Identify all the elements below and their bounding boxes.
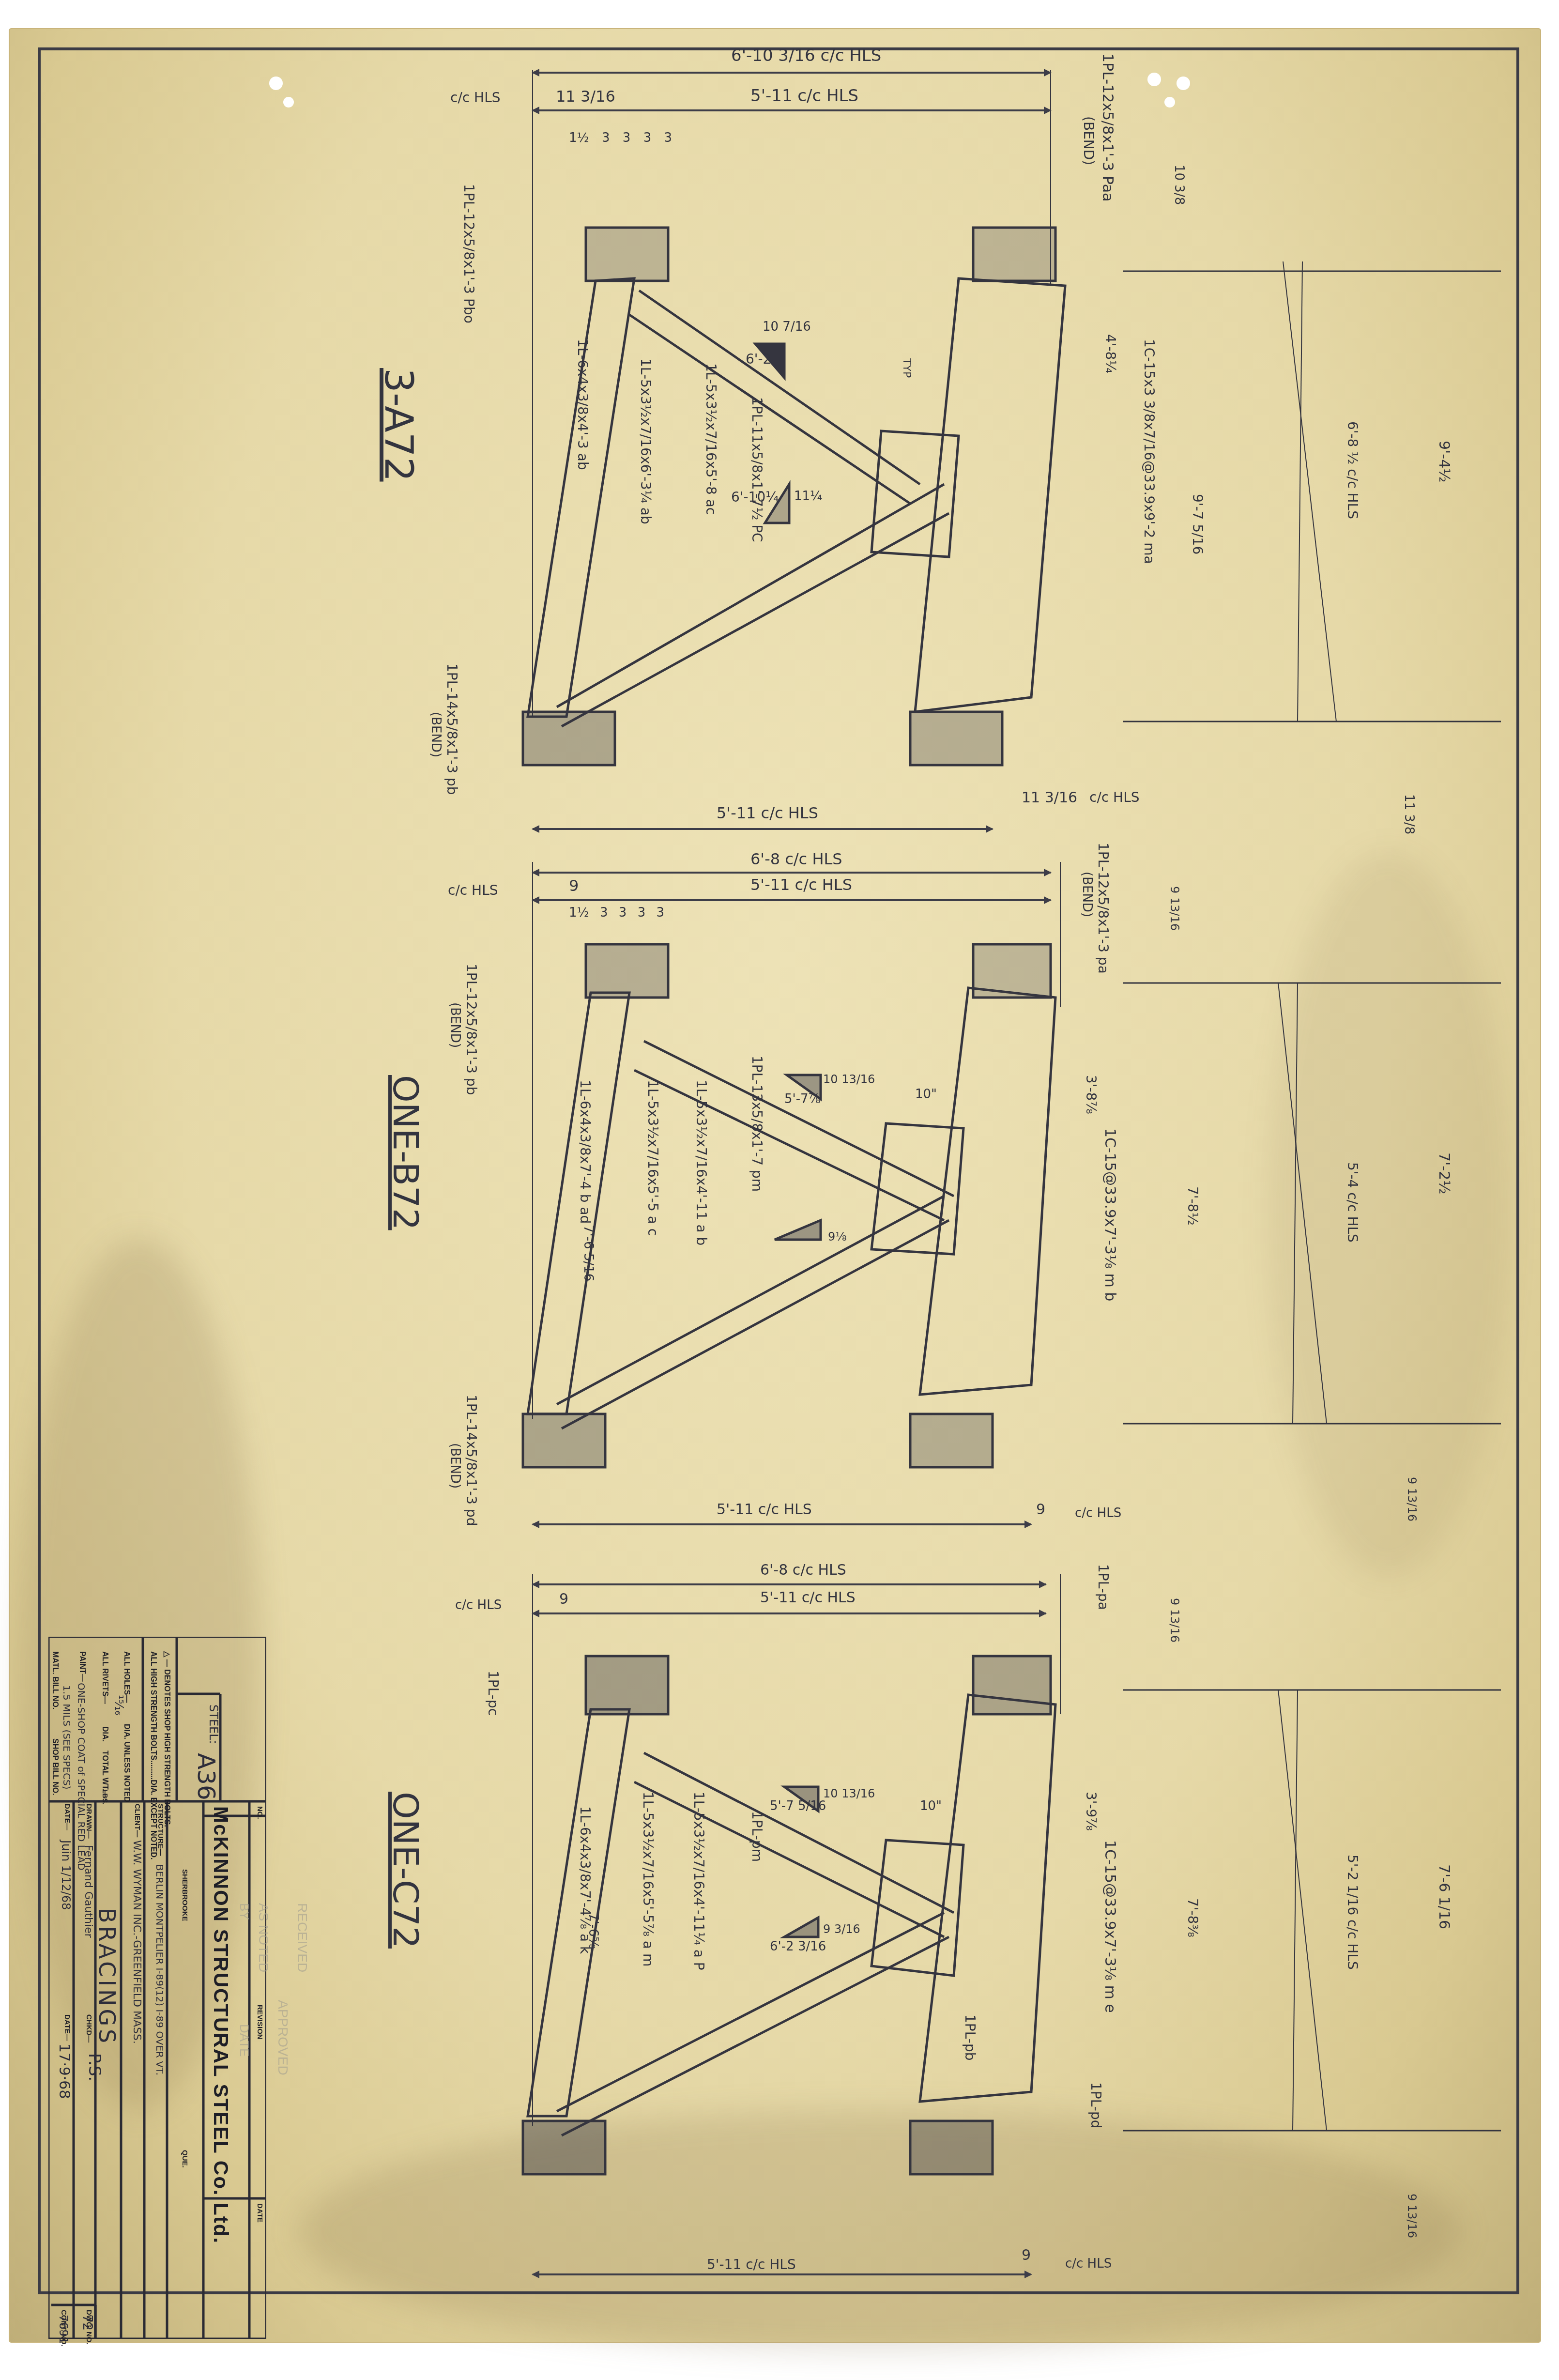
bolt-space: 3: [643, 131, 652, 145]
left-plate-callout: 1PL-pc: [485, 1671, 501, 1716]
slope-value: 10 13/16: [823, 1787, 875, 1800]
revision-no-label: NO.: [256, 1806, 264, 1819]
shop-bill-label: SHOP BILL NO.: [50, 1738, 59, 1796]
bottom-dimension: 5'-11 c/c HLS: [717, 804, 818, 822]
inner-dimension: 5'-11 c/c HLS: [750, 86, 858, 106]
edge-dimension: 11 3/16: [556, 87, 615, 106]
top-plate-bend: (BEND): [1080, 872, 1094, 917]
side-dimension: 5'-4 c/c HLS: [1345, 1162, 1360, 1243]
overall-dimension: 6'-8 c/c HLS: [750, 850, 842, 868]
side-total: 9'-4½: [1436, 441, 1452, 482]
gusset-dimension: 10": [920, 1799, 942, 1813]
material-bill-label: MATL. BILL NO.: [50, 1651, 59, 1709]
structure-label: STRUCTURE—: [156, 1804, 165, 1856]
chord-callout: 1L-6x4x3/8x7'-4 b ad: [577, 1080, 593, 1224]
panel-b-inner-dim-line: [533, 899, 1051, 901]
bolt-space: 3: [623, 131, 631, 145]
diagonal-length: 6'-2 3/16: [770, 1939, 826, 1954]
legend-shop-bolts: △ — DENOTES SHOP HIGH STRENGTH BOLTS.: [162, 1651, 172, 1827]
client-value: W.W. WYMAN INC.-GREENFIELD MASS.: [131, 1840, 143, 2044]
stamp-as-noted: AS NOTED: [256, 1903, 271, 1972]
contract-number: 7691: [57, 2315, 70, 2344]
client-label: CLIENT—: [133, 1804, 141, 1837]
panel-mark: ONE-B72: [385, 1075, 426, 1230]
revision-label: REVISION: [256, 2005, 264, 2040]
top-plate-callout: 1PL-12x5/8x1'-3 pa: [1095, 843, 1111, 974]
slope-value: 10 7/16: [763, 320, 811, 334]
side-slope-bottom: 11 3/8: [1402, 794, 1416, 834]
depth-dimension: 3'-8⅞: [1083, 1075, 1099, 1114]
left-plate-bend: (BEND): [448, 1002, 462, 1048]
gusset-dimension: 10": [915, 1087, 937, 1102]
bottom-edge-dim: 9: [1036, 1501, 1045, 1518]
stamp-approved: APPROVED: [275, 2000, 290, 2075]
mid-plate-callout: 1PL-pb: [962, 2014, 978, 2060]
channel-callout: 1C-15@33.9x7'-3⅛ m e: [1101, 1840, 1118, 2013]
stamp-by: BY: [237, 1903, 252, 1920]
company-city: SHERBROOKE: [181, 1869, 189, 1921]
depth-dimension: 4'-8¼: [1102, 334, 1118, 373]
bolt-space: 3: [602, 131, 610, 145]
stamp-date: DATE: [237, 2024, 252, 2057]
drawn-label: DRAWN—: [85, 1804, 93, 1839]
gusset-callout: 1PL-13x5/8x1'-7 pm: [749, 1056, 765, 1192]
bolt-space: 1½: [569, 906, 589, 920]
member-length: 7'-8½: [1185, 1186, 1201, 1226]
inner-dimension: 5'-11 c/c HLS: [750, 875, 852, 894]
date-2-value: 17·9·68: [56, 2043, 73, 2099]
side-dimension: 5'-2 1/16 c/c HLS: [1345, 1855, 1360, 1970]
member-length: 7'-8⅜: [1185, 1898, 1201, 1937]
top-plate-callout: 1PL-12x5/8x1'-3 Paa: [1099, 53, 1116, 201]
stamp-received: RECEIVED: [294, 1903, 310, 1972]
edge-dimension: 9: [559, 1591, 568, 1608]
left-hls-label: c/c HLS: [448, 882, 498, 898]
top-plate-bend: (BEND): [1081, 116, 1097, 165]
side-slope-bottom: 9 13/16: [1405, 2194, 1419, 2238]
date-label: DATE—: [63, 1804, 71, 1830]
bottom-plate-callout: 1PL-14x5/8x1'-3 pd: [463, 1395, 479, 1526]
slope-value: 11¼: [794, 489, 822, 504]
side-slope-top: 9 13/16: [1168, 1598, 1181, 1643]
slope-value: 10 13/16: [823, 1073, 875, 1086]
slope-value: 9 3/16: [823, 1922, 860, 1936]
panel-mark: ONE-C72: [385, 1792, 426, 1949]
diagonal-1-callout: 1L-5x3½x7/16x5'-5 a c: [645, 1080, 661, 1236]
gusset-callout: 1PL-11x5/8x1'-7½ PC: [749, 397, 765, 542]
weld-note: TYP: [901, 358, 913, 378]
diagonal-2-callout: 1L-5x3½x7/16x5'-8 ac: [703, 363, 719, 515]
side-total: 7'-6 1/16: [1436, 1864, 1452, 1929]
checked-label: CHKD—: [85, 2014, 93, 2042]
diagonal-length: 6'-10¼: [731, 489, 779, 505]
slope-value: 9⅛: [828, 1230, 847, 1244]
bottom-hls: c/c HLS: [1065, 2257, 1112, 2271]
drawn-by: Fernand Gauthier: [82, 1845, 94, 1938]
structure-value: BERLIN MONTPELIER I-89(12) I-89 OVER VT.: [154, 1864, 166, 2075]
left-plate-callout: 1PL-12x5/8x1'-3 pb: [463, 964, 479, 1095]
overall-dimension: 6'-10 3/16 c/c HLS: [731, 46, 881, 65]
bolt-spacing: 1½ 3 3 3 3: [569, 906, 664, 920]
paint-label: PAINT—: [77, 1651, 86, 1682]
panel-a-bottom-dim-line: [533, 828, 993, 830]
panel-a-inner-dim-line: [533, 109, 1051, 111]
diagonal-1-callout: 1L-5x3½x7/16x6'-3¼ ab: [638, 358, 654, 524]
title-block: △ — DENOTES SHOP HIGH STRENGTH BOLTS. AL…: [48, 1637, 266, 2339]
bolt-spacing: 1½ 3 3 3 3: [569, 131, 672, 145]
company-name: McKINNON STRUCTURAL STEEL Co. Ltd.: [209, 1806, 232, 2244]
company-province: QUE.: [181, 2150, 189, 2168]
steel-grade: A36: [192, 1753, 220, 1800]
date-2-label: DATE—: [63, 2014, 71, 2041]
bottom-plate-callout: 1PL-14x5/8x1'-3 pb: [444, 663, 460, 795]
diagonal-length: 7'-6 5/16: [581, 1225, 596, 1281]
panel-mark: 3-A72: [376, 368, 421, 482]
panel-b-overall-dim-line: [533, 872, 1051, 874]
date-value: Juin 1/12/68: [59, 1840, 73, 1910]
panel-c-overall-dim-line: [533, 1583, 1046, 1585]
inner-dimension: 5'-11 c/c HLS: [760, 1589, 856, 1606]
diagonal-2-callout: 1L-5x3½x7/16x4'-11 a b: [693, 1080, 709, 1245]
gusset-callout: 1PL-pm: [749, 1811, 765, 1862]
total-weight-unit: LBS.: [101, 1789, 109, 1805]
panel-c-inner-dim-line: [533, 1612, 1046, 1614]
member-length: 9'-7 5/16: [1190, 494, 1206, 554]
bolt-space: 1½: [569, 131, 589, 145]
depth-dimension: 3'-9⅞: [1083, 1792, 1099, 1831]
all-rivets-suffix: DIA.: [100, 1726, 109, 1742]
revision-date-label: DATE: [256, 2203, 264, 2223]
panel-b-bottom-dim-line: [533, 1523, 1031, 1525]
drawing-title: BRACINGS: [94, 1908, 120, 2046]
all-holes-suffix: DIA. UNLESS NOTED: [122, 1724, 131, 1802]
paint-note: 1.5 MILS (SEE SPECS): [61, 1685, 73, 1790]
side-slope-top: 9 13/16: [1168, 886, 1181, 931]
bolt-space: 3: [600, 906, 608, 920]
drawing-subtitle: P.S.: [85, 2053, 104, 2081]
panel-a-lines: [523, 70, 1501, 765]
chord-callout: 1L-6x4x3/8x4'-3 ab: [575, 339, 591, 470]
edge-dimension: 9: [569, 876, 579, 895]
all-holes-value: ¹⁵⁄₁₆: [112, 1695, 126, 1716]
bolt-space: 3: [664, 131, 672, 145]
bottom-plate-callout: 1PL-pd: [1088, 2082, 1104, 2128]
panel-c-bottom-dim-line: [533, 2273, 1031, 2275]
left-hls-label: c/c HLS: [455, 1598, 502, 1612]
top-plate-callout: 1PL-pa: [1095, 1564, 1111, 1610]
left-hls-label: c/c HLS: [450, 90, 501, 106]
bottom-hls: c/c HLS: [1089, 789, 1140, 805]
bottom-edge-dim: 9: [1022, 2247, 1031, 2264]
left-plate-callout: 1PL-12x5/8x1'-3 Pbo: [461, 184, 477, 323]
side-slope-bottom: 9 13/16: [1405, 1477, 1419, 1521]
diagonal-1-callout: 1L-5x3½x7/16x5'-5⅞ a m: [640, 1792, 656, 1966]
bottom-edge-dim: 11 3/16: [1022, 789, 1077, 806]
steel-label: STEEL:: [207, 1704, 220, 1744]
side-slope-top: 10 3/8: [1172, 165, 1186, 205]
side-dimension: 6'-8 ½ c/c HLS: [1345, 421, 1360, 519]
diagonal-2-callout: 1L-5x3½x7/16x4'-11¼ a P: [691, 1792, 707, 1970]
bottom-dimension: 5'-11 c/c HLS: [717, 1501, 812, 1518]
bolt-space: 3: [656, 906, 664, 920]
bolt-space: 3: [619, 906, 627, 920]
channel-callout: 1C-15x3 3/8x7/16@33.9x9'-2 ma: [1141, 339, 1157, 564]
side-total: 7'-2½: [1436, 1152, 1452, 1194]
chord-length: 7'-6⅝: [586, 1913, 600, 1949]
bottom-plate-bend: (BEND): [448, 1443, 462, 1489]
diagonal-length: 6'-2: [746, 351, 771, 367]
overall-dimension: 6'-8 c/c HLS: [760, 1562, 846, 1579]
paint-value: ONE-SHOP COAT of SPECIAL RED LEAD: [76, 1683, 87, 1871]
bottom-hls: c/c HLS: [1075, 1506, 1121, 1520]
channel-callout: 1C-15@33.9x7'-3⅛ m b: [1101, 1128, 1118, 1301]
bolt-space: 3: [638, 906, 646, 920]
diagonal-length: 5'-7⅞: [784, 1092, 821, 1106]
bottom-dimension: 5'-11 c/c HLS: [707, 2257, 796, 2273]
bottom-plate-bend: (BEND): [428, 712, 443, 757]
diagonal-length: 5'-7 5/16: [770, 1799, 826, 1813]
all-rivets-label: ALL RIVETS—: [100, 1651, 109, 1704]
panel-a-overall-dim-line: [533, 72, 1051, 74]
drawing-number: 72: [80, 2315, 94, 2331]
